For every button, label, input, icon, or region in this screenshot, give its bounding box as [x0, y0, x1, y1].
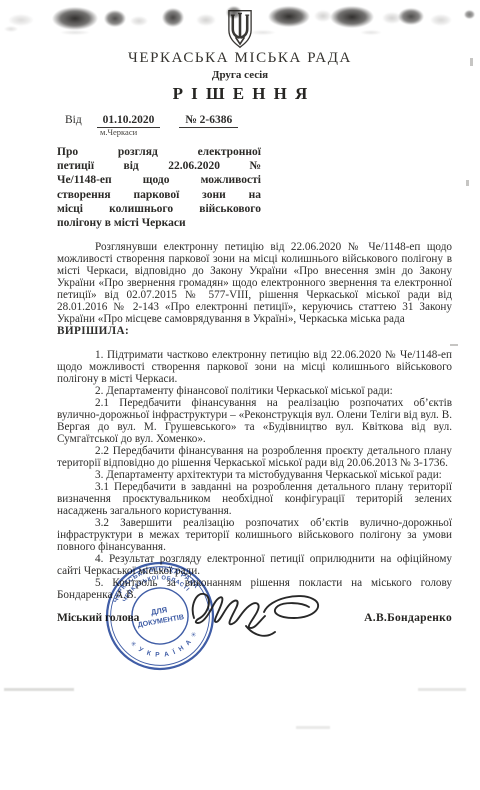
scan-speck	[450, 344, 458, 346]
decision-item: 3.1 Передбачити в завданні на розробленн…	[57, 481, 452, 517]
decision-item: 3.2 Завершити реалізацію розпочатих об’є…	[57, 517, 452, 553]
city-label: м.Черкаси	[100, 127, 480, 137]
decision-item: 2. Департаменту фінансової політики Черк…	[57, 385, 452, 397]
decision-number: № 2-6386	[179, 114, 238, 128]
subject-line: Че/1148-еп щодо можливості	[57, 174, 261, 188]
stamp-center-line1: ДЛЯ	[150, 605, 168, 617]
decision-items: 1. Підтримати частково електронну петиці…	[57, 349, 452, 601]
scan-speck	[466, 180, 469, 186]
scanned-decision-document: ЧЕРКАСЬКА МІСЬКА РАДА Друга сесія РІШЕНН…	[0, 0, 480, 790]
stamp-center-line2: ДОКУМЕНТІВ	[137, 613, 184, 629]
scan-streak	[4, 688, 74, 691]
handwritten-signature	[186, 582, 338, 640]
signer-name: А.В.Бондаренко	[364, 612, 452, 624]
subject-line: Про розгляд електронної	[57, 146, 261, 160]
decision-item: 2.1 Передбачити фінансування на реалізац…	[57, 397, 452, 445]
preamble-paragraph: Розглянувши електронну петицію від 22.06…	[57, 241, 452, 325]
subject-line: місці колишнього військового	[57, 203, 261, 217]
scan-streak	[296, 726, 330, 729]
scan-speck	[470, 58, 473, 66]
from-label: Від	[65, 114, 82, 126]
document-type-title: РІШЕННЯ	[0, 84, 480, 104]
document-body: Розглянувши електронну петицію від 22.06…	[57, 241, 452, 601]
resolved-label: ВИРІШИЛА:	[57, 325, 452, 337]
subject-line: полігону в місті Черкаси	[57, 217, 261, 231]
decision-item: 1. Підтримати частково електронну петиці…	[57, 349, 452, 385]
subject-block: Про розгляд електронної петиції від 22.0…	[57, 146, 261, 231]
decision-item: 3. Департаменту архітектури та містобуду…	[57, 469, 452, 481]
subject-line: створення паркової зони на	[57, 189, 261, 203]
decision-item: 2.2 Передбачити фінансування на розробле…	[57, 445, 452, 469]
council-name: ЧЕРКАСЬКА МІСЬКА РАДА	[0, 50, 480, 67]
session-label: Друга сесія	[0, 69, 480, 81]
scan-streak	[418, 688, 466, 691]
decision-date: 01.10.2020	[97, 114, 161, 128]
date-number-row: Від 01.10.2020 № 2-6386	[65, 114, 480, 126]
subject-line: петиції від 22.06.2020 №	[57, 160, 261, 174]
